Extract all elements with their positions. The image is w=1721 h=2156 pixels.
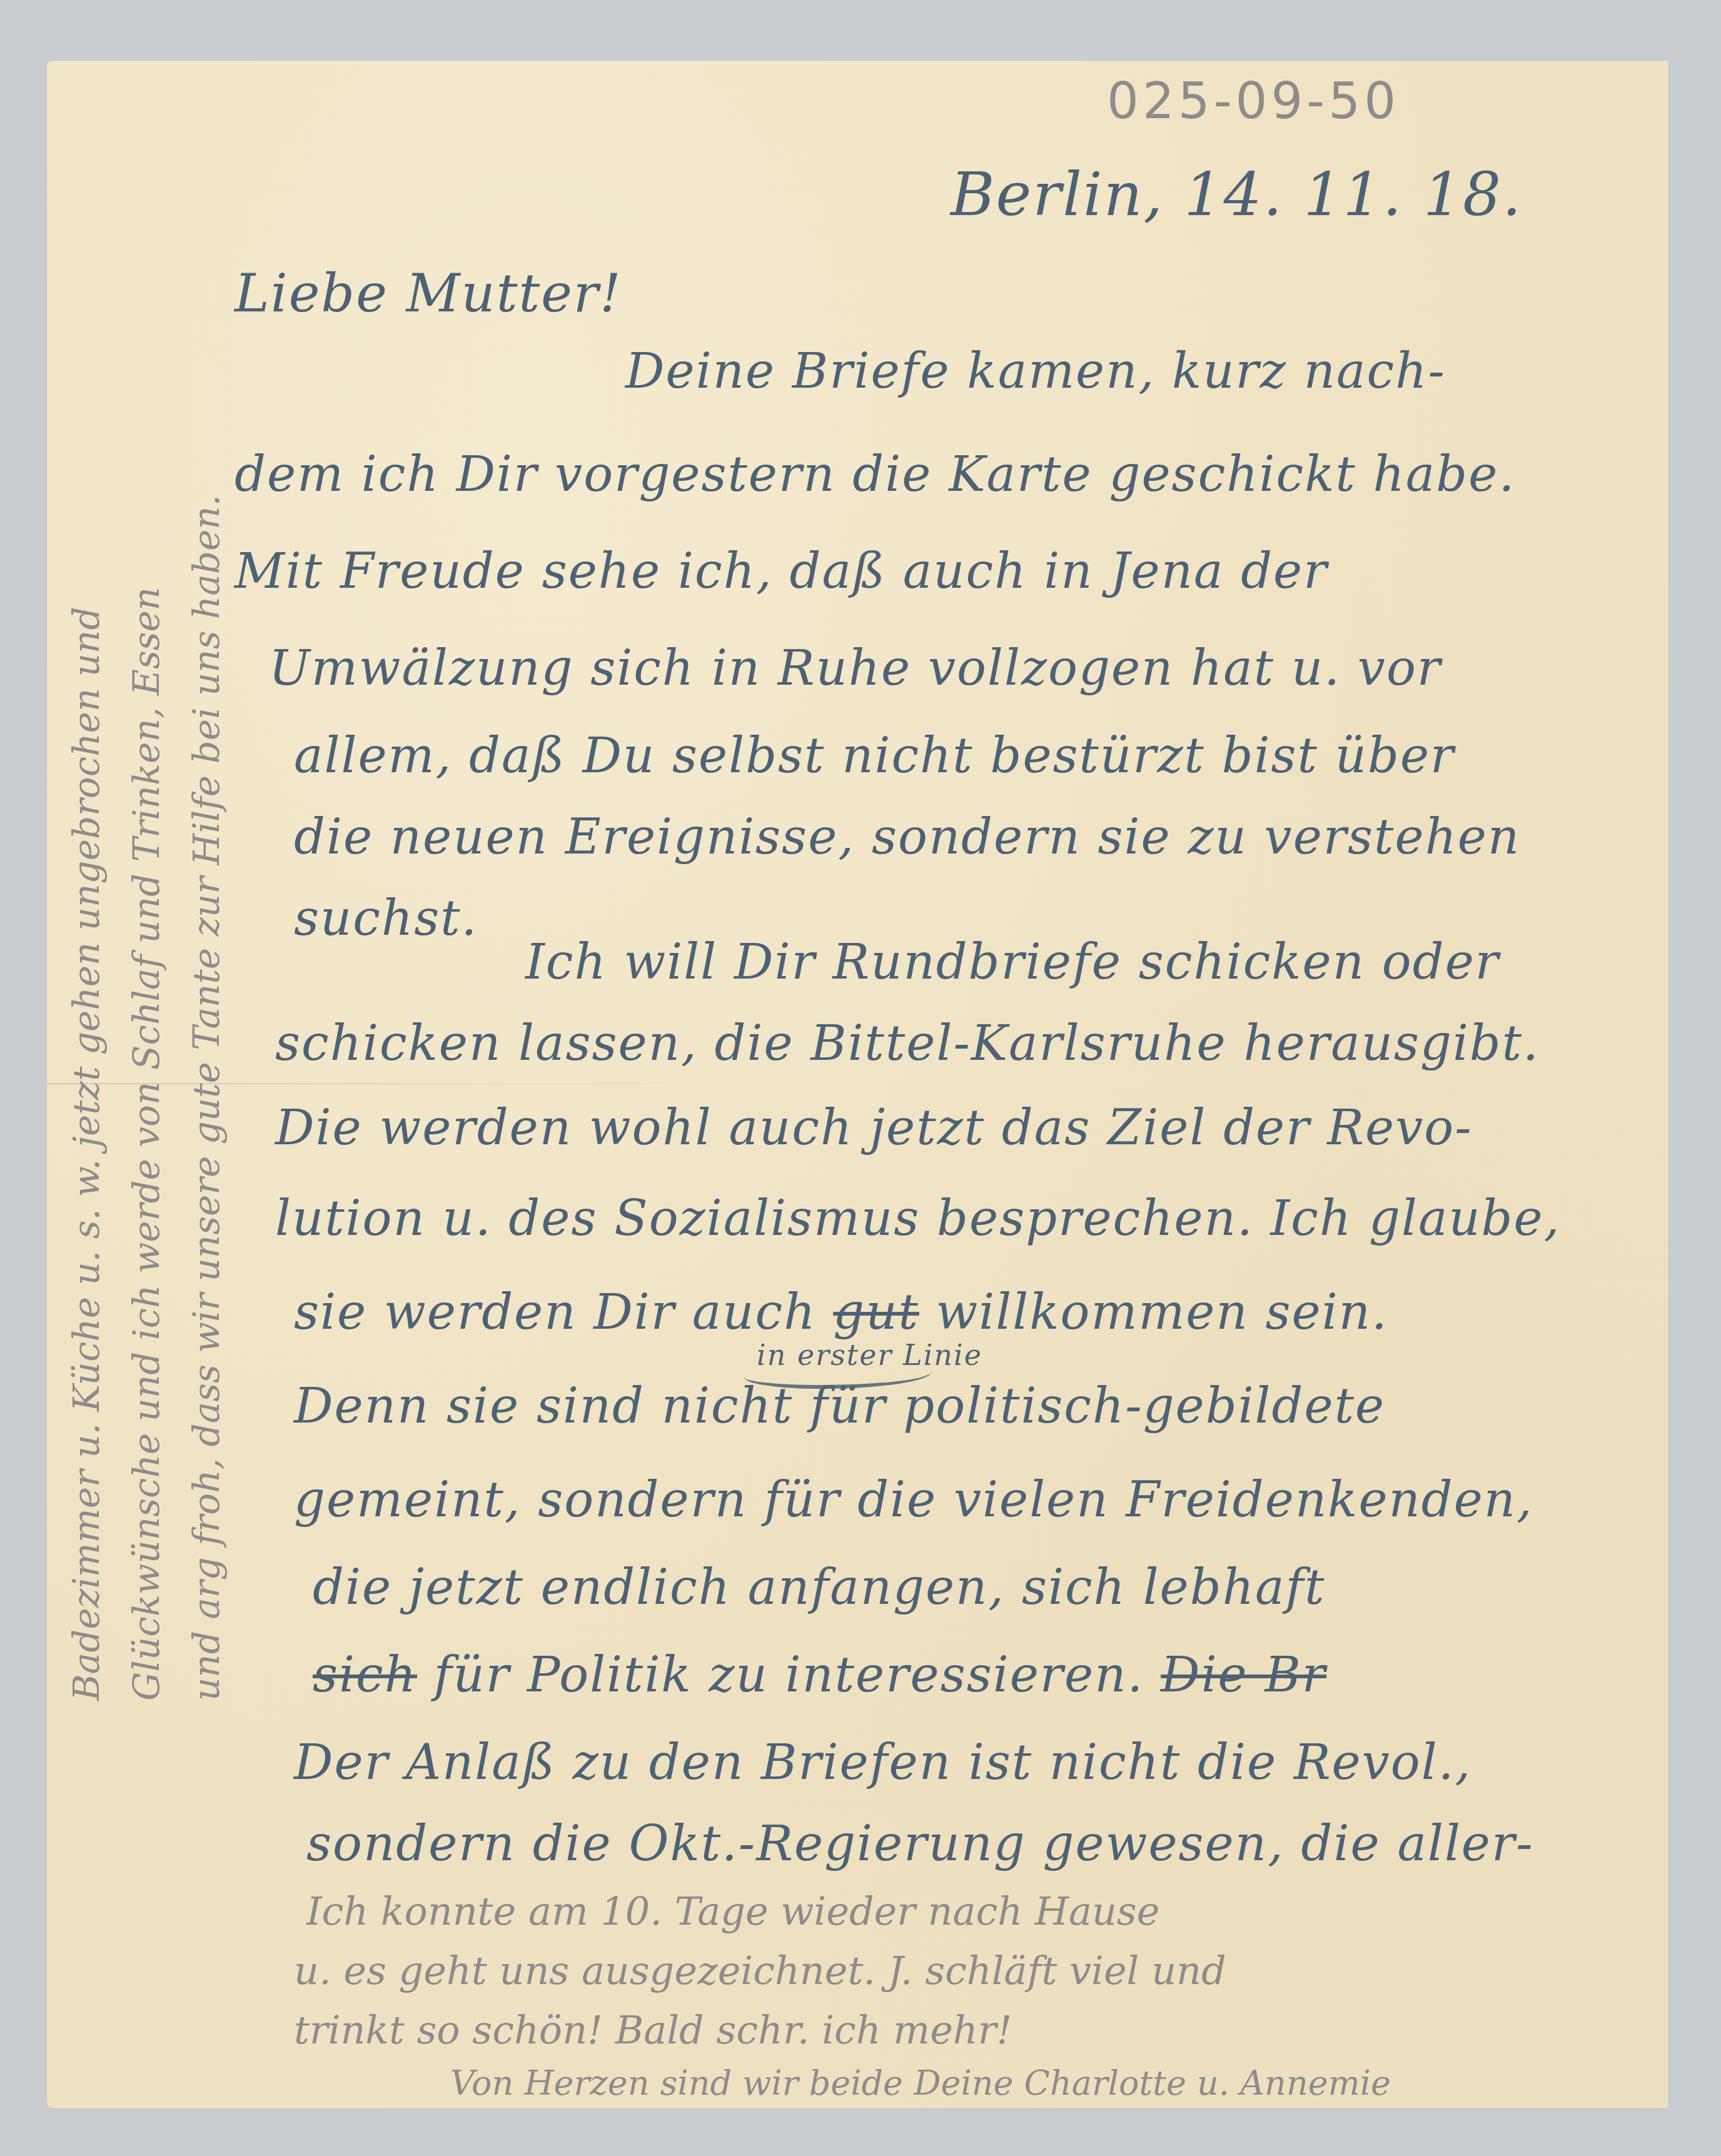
letter-line-15: die jetzt endlich anfangen, sich lebhaft (313, 1563, 1326, 1612)
line-16-text: für Politik zu interessieren. (434, 1647, 1144, 1703)
line-13-end: für politisch-gebildete (810, 1378, 1385, 1434)
letter-line-5: allem, daß Du selbst nicht bestürzt bist… (294, 732, 1455, 780)
letter-line-2: dem ich Dir vorgestern die Karte geschic… (235, 450, 1515, 499)
letter-line-12: sie werden Dir auch gut willkommen sein. (294, 1288, 1388, 1337)
postscript-line-2: u. es geht uns ausgezeichnet. J. schläft… (294, 1948, 1226, 1993)
archive-number: 025-09-50 (1107, 72, 1400, 130)
letter-line-11: lution u. des Sozialismus besprechen. Ic… (275, 1194, 1561, 1243)
margin-note-line-1: Badezimmer u. Küche u. s. w. jetzt gehen… (56, 495, 116, 1701)
letter-line-14: gemeint, sondern für die vielen Freidenk… (294, 1476, 1533, 1524)
letter-line-8: Ich will Dir Rundbriefe schicken oder (525, 938, 1500, 987)
letter-line-18: sondern die Okt.-Regierung gewesen, die … (306, 1820, 1534, 1868)
margin-note-line-2: Glückwünsche und ich werde von Schlaf un… (116, 495, 176, 1701)
place-date: Berlin, 14. 11. 18. (951, 159, 1523, 229)
letter-line-7: suchst. (294, 894, 478, 943)
struck-prefix: sich (313, 1647, 417, 1703)
postscript-closing: Von Herzen sind wir beide Deine Charlott… (450, 2063, 1391, 2103)
closing-line: Von Herzen sind wir beide (450, 2063, 903, 2103)
struck-suffix: Die Br (1161, 1647, 1326, 1703)
letter-line-10: Die werden wohl auch jetzt das Ziel der … (275, 1104, 1473, 1152)
letter-line-6: die neuen Ereignisse, sondern sie zu ver… (294, 813, 1520, 862)
line-12-end: willkommen sein. (936, 1284, 1388, 1341)
line-13-start: Denn sie sind nicht (294, 1378, 793, 1434)
signature: Deine Charlotte u. Annemie (914, 2063, 1391, 2103)
letter-line-4: Umwälzung sich in Ruhe vollzogen hat u. … (269, 644, 1441, 693)
letter-line-1: Deine Briefe kamen, kurz nach- (625, 347, 1446, 396)
letter-line-17: Der Anlaß zu den Briefen ist nicht die R… (294, 1738, 1471, 1787)
margin-note-line-3: und arg froh, dass wir unsere gute Tante… (176, 495, 236, 1701)
line-12-start: sie werden Dir auch (294, 1284, 816, 1341)
letter-line-9: schicken lassen, die Bittel-Karlsruhe he… (275, 1019, 1540, 1068)
letter-line-3: Mit Freude sehe ich, daß auch in Jena de… (235, 547, 1328, 596)
letter-line-16: sich für Politik zu interessieren. Die B… (313, 1651, 1326, 1700)
struck-word: gut (833, 1284, 919, 1341)
letter-line-13: Denn sie sind nicht für politisch-gebild… (294, 1382, 1385, 1431)
postscript-line-3: trinkt so schön! Bald schr. ich mehr! (294, 2007, 1012, 2053)
salutation: Liebe Mutter! (235, 263, 622, 324)
margin-note: Badezimmer u. Küche u. s. w. jetzt gehen… (56, 495, 236, 1701)
postscript-line-1: Ich konnte am 10. Tage wieder nach Hause (306, 1888, 1159, 1934)
